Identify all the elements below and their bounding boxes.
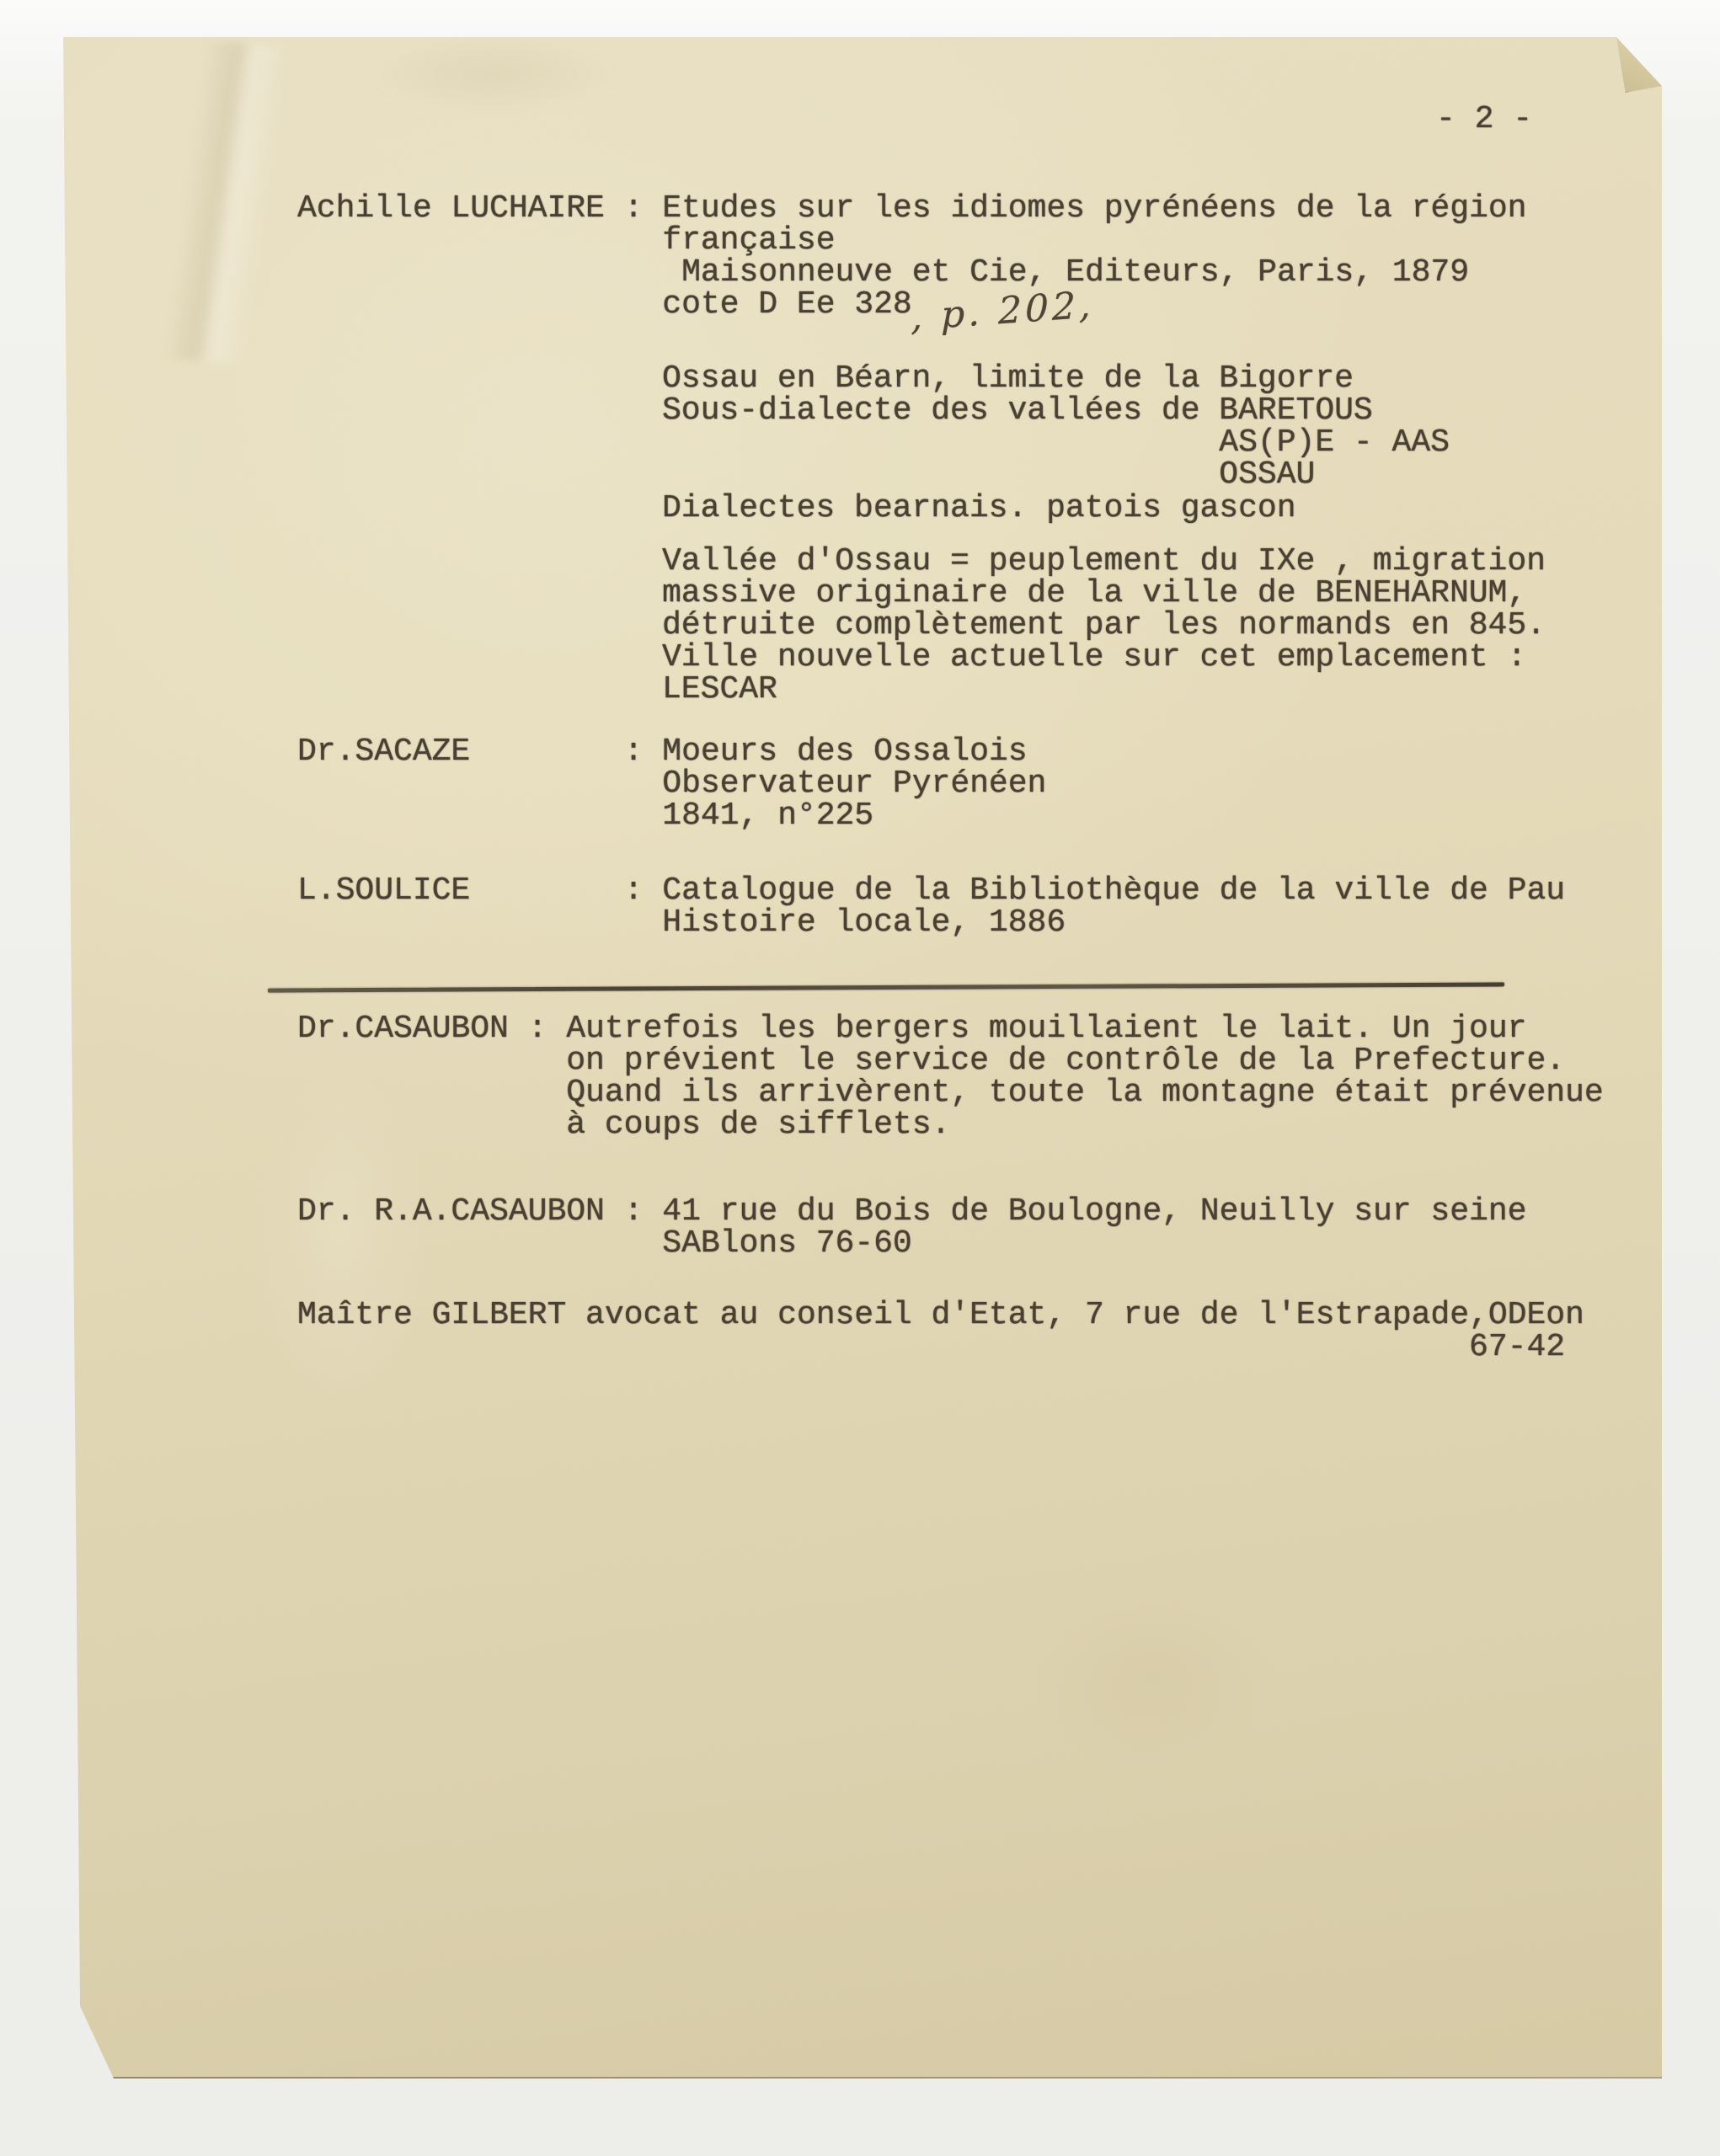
scanner-background: - 2 - Achille LUCHAIRE : Etudes sur les … bbox=[0, 0, 1720, 2156]
address-gilbert: Maître GILBERT avocat au conseil d'Etat,… bbox=[297, 1299, 1584, 1364]
folded-corner bbox=[1610, 37, 1662, 93]
bib-entry-sacaze: Dr.SACAZE : Moeurs des Ossalois Observat… bbox=[297, 736, 1046, 832]
document-paper: - 2 - Achille LUCHAIRE : Etudes sur les … bbox=[63, 37, 1662, 2079]
note-dialectes: Dialectes bearnais. patois gascon bbox=[662, 493, 1296, 525]
address-ra-casaubon: Dr. R.A.CASAUBON : 41 rue du Bois de Bou… bbox=[297, 1196, 1526, 1260]
typed-divider-line bbox=[268, 982, 1504, 992]
bib-entry-soulice: L.SOULICE : Catalogue de la Bibliothèque… bbox=[297, 875, 1565, 939]
note-vallee-ossau: Vallée d'Ossau = peuplement du IXe , mig… bbox=[662, 546, 1546, 706]
page-number: - 2 - bbox=[1436, 104, 1532, 136]
note-casaubon: Dr.CASAUBON : Autrefois les bergers moui… bbox=[297, 1013, 1604, 1141]
paper-crease bbox=[132, 37, 314, 367]
note-ossau-dialects: Ossau en Béarn, limite de la Bigorre Sou… bbox=[662, 363, 1450, 491]
paper-crease-top bbox=[341, 37, 644, 163]
paper-stain bbox=[973, 1536, 1327, 1814]
